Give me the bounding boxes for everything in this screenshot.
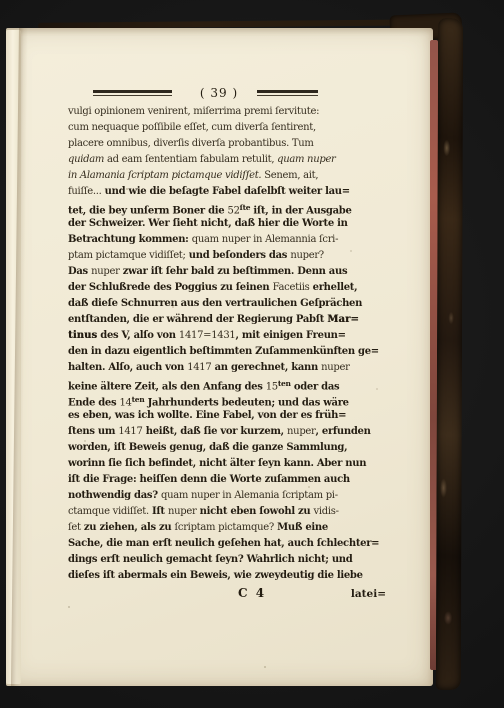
- text-run: ctamque vidiſſet.: [68, 506, 149, 517]
- catchword: latei=: [351, 588, 386, 600]
- text-line: worden, iſt Beweis genug, daß die ganze …: [68, 440, 368, 456]
- text-run: vidis-: [314, 506, 339, 517]
- text-line: es eben, was ich wollte. Eine Fabel, von…: [68, 408, 368, 424]
- text-line: der Schlußrede des Poggius zu ſeinen Fac…: [68, 280, 368, 296]
- text-line: dieſes iſt abermals ein Beweis, wie zwey…: [68, 568, 368, 584]
- text-run: fuiſſe...: [68, 186, 102, 197]
- text-line: in Alamania ſcriptam pictamque vidiſſet.…: [68, 168, 368, 184]
- text-run: ten: [278, 379, 291, 388]
- text-line: halten. Alſo, auch von 1417 an gerechnet…: [68, 360, 368, 376]
- text-line: cum nequaque poſſibile eſſet, cum diverſ…: [68, 120, 368, 136]
- text-run: ad eam ſententiam fabulam retulit,: [104, 154, 277, 165]
- text-run: Senem, ait,: [261, 170, 318, 181]
- text-line: tet, die bey unſerm Boner die 52ſte iſt,…: [68, 200, 368, 216]
- header-rule-left: [93, 90, 172, 96]
- text-run: , erfunden: [316, 426, 371, 437]
- text-line: Betrachtung kommen: quam nuper in Aleman…: [68, 232, 368, 248]
- text-run: halten. Alſo, auch von: [68, 362, 187, 373]
- text-run: worden, iſt Beweis genug, daß die ganze …: [68, 442, 347, 453]
- text-run: nicht eben ſowohl zu: [196, 506, 313, 517]
- text-line: placere omnibus, diverſis diverſa proban…: [68, 136, 368, 152]
- text-line: fuiſſe... und wie die beſagte Fabel daſe…: [68, 184, 368, 200]
- text-run: nuper: [168, 506, 196, 517]
- text-run: Sache, die man erſt neulich geſehen hat,…: [68, 538, 379, 549]
- text-run: keine ältere Zeit, als den Anfang des: [68, 382, 266, 393]
- text-run: placere omnibus, diverſis diverſa proban…: [68, 138, 314, 149]
- text-run: quam nuper: [277, 154, 335, 165]
- text-line: worinn ſie ſich befindet, nicht älter ſe…: [68, 456, 368, 472]
- text-line: ſtens um 1417 heißt, daß ſie vor kurzem,…: [68, 424, 368, 440]
- text-run: ſtens um: [68, 426, 118, 437]
- text-run: zwar iſt ſehr bald zu beſtimmen. Denn au…: [120, 266, 348, 277]
- text-run: erhellet,: [309, 282, 357, 293]
- text-line: iſt die Frage: heiſſen denn die Worte zu…: [68, 472, 368, 488]
- page-number: ( 39 ): [196, 86, 242, 100]
- text-run: 14: [120, 398, 132, 409]
- text-run: nuper: [321, 362, 349, 373]
- text-run: oder das: [291, 382, 340, 393]
- text-run: es eben, was ich wollte. Eine Fabel, von…: [68, 410, 346, 421]
- text-line: entſtanden, die er während der Regierung…: [68, 312, 368, 328]
- text-run: der Schweizer. Wer ſieht nicht, daß hier…: [68, 218, 348, 229]
- text-run: und wie die beſagte Fabel daſelbſt weite…: [102, 186, 350, 197]
- text-run: tet, die bey unſerm Boner die: [68, 206, 228, 217]
- text-run: , mit einigen Freun=: [235, 330, 345, 341]
- text-run: den in dazu eigentlich beſtimmten Zuſamm…: [68, 346, 379, 357]
- text-run: des V, alſo von: [97, 330, 179, 341]
- book-page: ( 39 ) vulgi opinionem venirent, miſerri…: [6, 28, 433, 686]
- text-run: tinus: [68, 330, 97, 341]
- text-run: ten: [132, 395, 145, 404]
- text-run: 1417=1431: [179, 330, 236, 341]
- text-run: cum nequaque poſſibile eſſet, cum diverſ…: [68, 122, 316, 133]
- signature-mark: C 4: [238, 586, 266, 600]
- text-run: ptam pictamque vidiſſet;: [68, 250, 186, 261]
- text-run: daß dieſe Schnurren aus den vertrauliche…: [68, 298, 362, 309]
- text-run: an gerechnet, kann: [211, 362, 321, 373]
- text-run: und beſonders das: [186, 250, 291, 261]
- text-line: Das nuper zwar iſt ſehr bald zu beſtimme…: [68, 264, 368, 280]
- cover-edge: [436, 18, 463, 690]
- page-header: ( 39 ): [6, 86, 433, 101]
- text-run: 52: [228, 206, 240, 217]
- text-run: ſet: [68, 522, 81, 533]
- text-run: heißt, daß ſie vor kurzem,: [143, 426, 287, 437]
- text-run: 1417: [118, 426, 142, 437]
- text-run: quam nuper in Alemannia ſcri-: [192, 234, 338, 245]
- text-run: Jahrhunderts bedeuten; und das wäre: [144, 398, 348, 409]
- text-line: keine ältere Zeit, als den Anfang des 15…: [68, 376, 368, 392]
- text-line: tinus des V, alſo von 1417=1431, mit ein…: [68, 328, 368, 344]
- text-run: Ende des: [68, 398, 120, 409]
- text-run: ſte: [240, 203, 251, 212]
- text-line: quidam ad eam ſententiam fabulam retulit…: [68, 152, 368, 168]
- text-run: 1417: [187, 362, 211, 373]
- text-run: iſt, in der Ausgabe: [250, 206, 351, 217]
- text-run: nuper: [287, 426, 315, 437]
- text-run: vulgi opinionem venirent, miſerrima prem…: [68, 106, 319, 117]
- text-block: vulgi opinionem venirent, miſerrima prem…: [68, 104, 368, 584]
- text-run: dieſes iſt abermals ein Beweis, wie zwey…: [68, 570, 363, 581]
- text-run: dings erſt neulich gemacht ſeyn? Wahrlic…: [68, 554, 352, 565]
- text-line: vulgi opinionem venirent, miſerrima prem…: [68, 104, 368, 120]
- text-line: dings erſt neulich gemacht ſeyn? Wahrlic…: [68, 552, 368, 568]
- text-line: ctamque vidiſſet. Iſt nuper nicht eben ſ…: [68, 504, 368, 520]
- text-run: quidam: [68, 154, 104, 165]
- text-run: 15: [266, 382, 278, 393]
- text-run: iſt die Frage: heiſſen denn die Worte zu…: [68, 474, 350, 485]
- text-run: nuper?: [290, 250, 324, 261]
- text-run: Betrachtung kommen:: [68, 234, 192, 245]
- text-line: ſet zu ziehen, als zu ſcriptam pictamque…: [68, 520, 368, 536]
- text-run: nothwendig das?: [68, 490, 161, 501]
- text-run: in Alamania ſcriptam pictamque vidiſſet.: [68, 170, 261, 181]
- text-run: Muß eine: [274, 522, 328, 533]
- text-run: ſcriptam pictamque?: [175, 522, 274, 533]
- text-line: der Schweizer. Wer ſieht nicht, daß hier…: [68, 216, 368, 232]
- text-run: quam nuper in Alemania ſcriptam pi-: [161, 490, 338, 501]
- text-run: worinn ſie ſich befindet, nicht älter ſe…: [68, 458, 366, 469]
- text-run: Das: [68, 266, 91, 277]
- text-line: nothwendig das? quam nuper in Alemania ſ…: [68, 488, 368, 504]
- text-line: ptam pictamque vidiſſet; und beſonders d…: [68, 248, 368, 264]
- text-run: Facetiis: [273, 282, 310, 293]
- text-run: Mar=: [327, 314, 359, 325]
- text-run: entſtanden, die er während der Regierung…: [68, 314, 327, 325]
- text-run: zu ziehen, als zu: [81, 522, 175, 533]
- text-run: Iſt: [149, 506, 168, 517]
- text-run: nuper: [91, 266, 119, 277]
- signature-line: C 4 latei=: [68, 586, 386, 602]
- text-line: daß dieſe Schnurren aus den vertrauliche…: [68, 296, 368, 312]
- text-line: Ende des 14ten Jahrhunderts bedeuten; un…: [68, 392, 368, 408]
- text-line: den in dazu eigentlich beſtimmten Zuſamm…: [68, 344, 368, 360]
- text-run: der Schlußrede des Poggius zu ſeinen: [68, 282, 273, 293]
- header-rule-right: [257, 90, 318, 96]
- text-line: Sache, die man erſt neulich geſehen hat,…: [68, 536, 368, 552]
